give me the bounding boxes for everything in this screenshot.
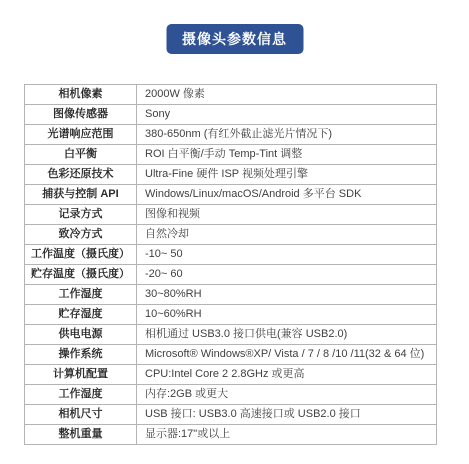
spec-label: 相机尺寸 bbox=[25, 405, 137, 425]
spec-value: Sony bbox=[137, 105, 437, 125]
table-row: 白平衡ROI 白平衡/手动 Temp-Tint 调整 bbox=[25, 145, 437, 165]
table-row: 致冷方式自然冷却 bbox=[25, 225, 437, 245]
spec-label: 工作湿度 bbox=[25, 285, 137, 305]
spec-value: CPU:Intel Core 2 2.8GHz 或更高 bbox=[137, 365, 437, 385]
table-row: 捕获与控制 APIWindows/Linux/macOS/Android 多平台… bbox=[25, 185, 437, 205]
spec-value: 图像和视频 bbox=[137, 205, 437, 225]
table-row: 图像传感器Sony bbox=[25, 105, 437, 125]
table-row: 计算机配置CPU:Intel Core 2 2.8GHz 或更高 bbox=[25, 365, 437, 385]
spec-label: 致冷方式 bbox=[25, 225, 137, 245]
table-row: 操作系统Microsoft® Windows®XP/ Vista / 7 / 8… bbox=[25, 345, 437, 365]
spec-label: 工作温度（摄氏度） bbox=[25, 245, 137, 265]
table-row: 相机像素2000W 像素 bbox=[25, 85, 437, 105]
spec-value: 2000W 像素 bbox=[137, 85, 437, 105]
spec-value: ROI 白平衡/手动 Temp-Tint 调整 bbox=[137, 145, 437, 165]
spec-table: 相机像素2000W 像素图像传感器Sony光谱响应范围380-650nm (有红… bbox=[24, 84, 437, 445]
spec-value: USB 接口: USB3.0 高速接口或 USB2.0 接口 bbox=[137, 405, 437, 425]
table-row: 光谱响应范围380-650nm (有红外截止滤光片情况下) bbox=[25, 125, 437, 145]
spec-label: 图像传感器 bbox=[25, 105, 137, 125]
table-row: 整机重量显示器:17"或以上 bbox=[25, 425, 437, 445]
table-row: 工作温度（摄氏度）-10~ 50 bbox=[25, 245, 437, 265]
table-row: 工作湿度内存:2GB 或更大 bbox=[25, 385, 437, 405]
spec-label: 供电电源 bbox=[25, 325, 137, 345]
table-row: 色彩还原技术Ultra-Fine 硬件 ISP 视频处理引擎 bbox=[25, 165, 437, 185]
page: { "banner": { "title": "摄像头参数信息", "bg_co… bbox=[0, 0, 469, 464]
spec-label: 贮存湿度 bbox=[25, 305, 137, 325]
table-row: 工作湿度30~80%RH bbox=[25, 285, 437, 305]
spec-label: 相机像素 bbox=[25, 85, 137, 105]
table-row: 贮存温度（摄氏度）-20~ 60 bbox=[25, 265, 437, 285]
spec-value: 自然冷却 bbox=[137, 225, 437, 245]
spec-label: 白平衡 bbox=[25, 145, 137, 165]
spec-table-body: 相机像素2000W 像素图像传感器Sony光谱响应范围380-650nm (有红… bbox=[25, 85, 437, 445]
spec-label: 记录方式 bbox=[25, 205, 137, 225]
spec-value: 内存:2GB 或更大 bbox=[137, 385, 437, 405]
table-row: 相机尺寸USB 接口: USB3.0 高速接口或 USB2.0 接口 bbox=[25, 405, 437, 425]
spec-value: Ultra-Fine 硬件 ISP 视频处理引擎 bbox=[137, 165, 437, 185]
spec-label: 操作系统 bbox=[25, 345, 137, 365]
table-row: 供电电源相机通过 USB3.0 接口供电(兼容 USB2.0) bbox=[25, 325, 437, 345]
spec-value: -20~ 60 bbox=[137, 265, 437, 285]
page-title: 摄像头参数信息 bbox=[166, 24, 303, 54]
spec-label: 贮存温度（摄氏度） bbox=[25, 265, 137, 285]
spec-value: 相机通过 USB3.0 接口供电(兼容 USB2.0) bbox=[137, 325, 437, 345]
spec-label: 计算机配置 bbox=[25, 365, 137, 385]
spec-value: 显示器:17"或以上 bbox=[137, 425, 437, 445]
spec-label: 整机重量 bbox=[25, 425, 137, 445]
table-row: 贮存湿度10~60%RH bbox=[25, 305, 437, 325]
spec-label: 光谱响应范围 bbox=[25, 125, 137, 145]
spec-value: 30~80%RH bbox=[137, 285, 437, 305]
spec-value: 380-650nm (有红外截止滤光片情况下) bbox=[137, 125, 437, 145]
spec-label: 色彩还原技术 bbox=[25, 165, 137, 185]
spec-label: 捕获与控制 API bbox=[25, 185, 137, 205]
spec-value: 10~60%RH bbox=[137, 305, 437, 325]
spec-value: -10~ 50 bbox=[137, 245, 437, 265]
spec-value: Windows/Linux/macOS/Android 多平台 SDK bbox=[137, 185, 437, 205]
spec-label: 工作湿度 bbox=[25, 385, 137, 405]
spec-value: Microsoft® Windows®XP/ Vista / 7 / 8 /10… bbox=[137, 345, 437, 365]
table-row: 记录方式图像和视频 bbox=[25, 205, 437, 225]
